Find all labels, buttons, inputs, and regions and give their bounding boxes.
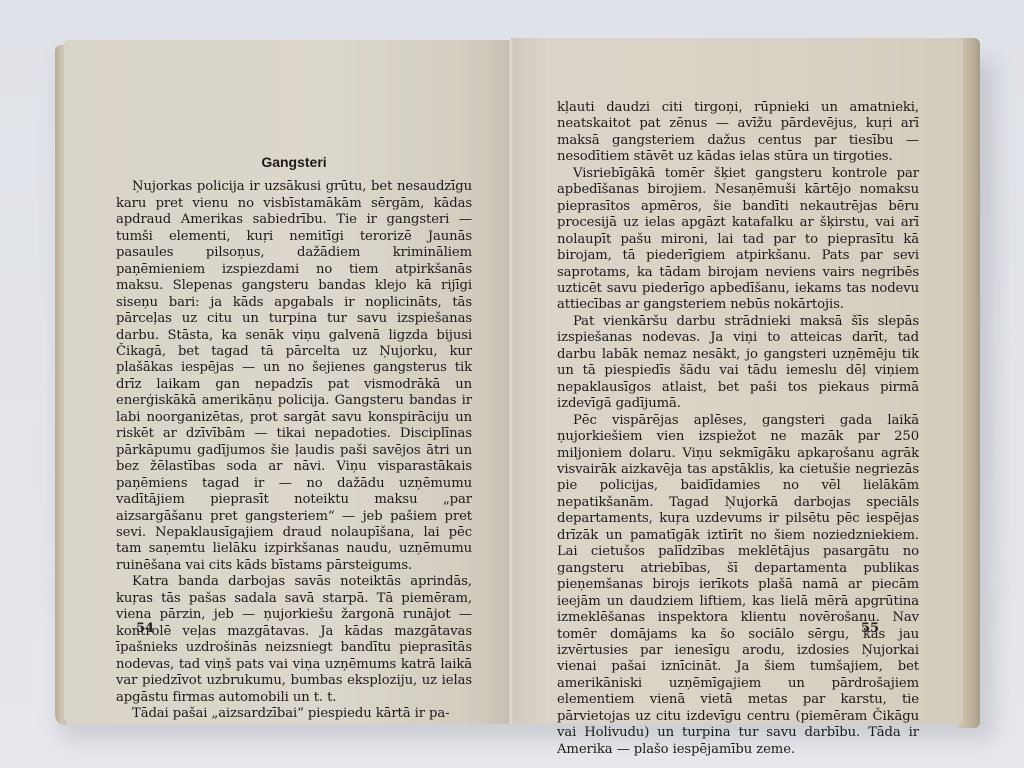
chapter-heading: Gangsteri: [116, 154, 472, 170]
right-page-text: kļauti daudzi citi tirgoņi, rūpnieki un …: [557, 100, 919, 758]
right-page: kļauti daudzi citi tirgoņi, rūpnieki un …: [511, 38, 963, 724]
page-number: 55: [861, 621, 879, 636]
paragraph: Katra banda darbojas savās noteiktās apr…: [116, 574, 472, 706]
page-number: 54: [136, 621, 154, 636]
paragraph: Ņujorkas policija ir uzsākusi grūtu, bet…: [116, 179, 472, 574]
paragraph: Visriebīgākā tomēr šķiet gangsteru kontr…: [557, 166, 919, 314]
paragraph: kļauti daudzi citi tirgoņi, rūpnieki un …: [557, 100, 919, 166]
left-page: Gangsteri Ņujorkas policija ir uzsākusi …: [64, 40, 511, 724]
left-page-text: Gangsteri Ņujorkas policija ir uzsākusi …: [116, 165, 472, 722]
paragraph: Pēc vispārējas aplēses, gangsteri gada l…: [557, 413, 919, 759]
book-gutter: [508, 40, 514, 724]
paragraph: Tādai pašai „aizsardzībai“ piespiedu kār…: [116, 706, 472, 722]
paragraph: Pat vienkāršu darbu strādnieki maksā šīs…: [557, 314, 919, 413]
